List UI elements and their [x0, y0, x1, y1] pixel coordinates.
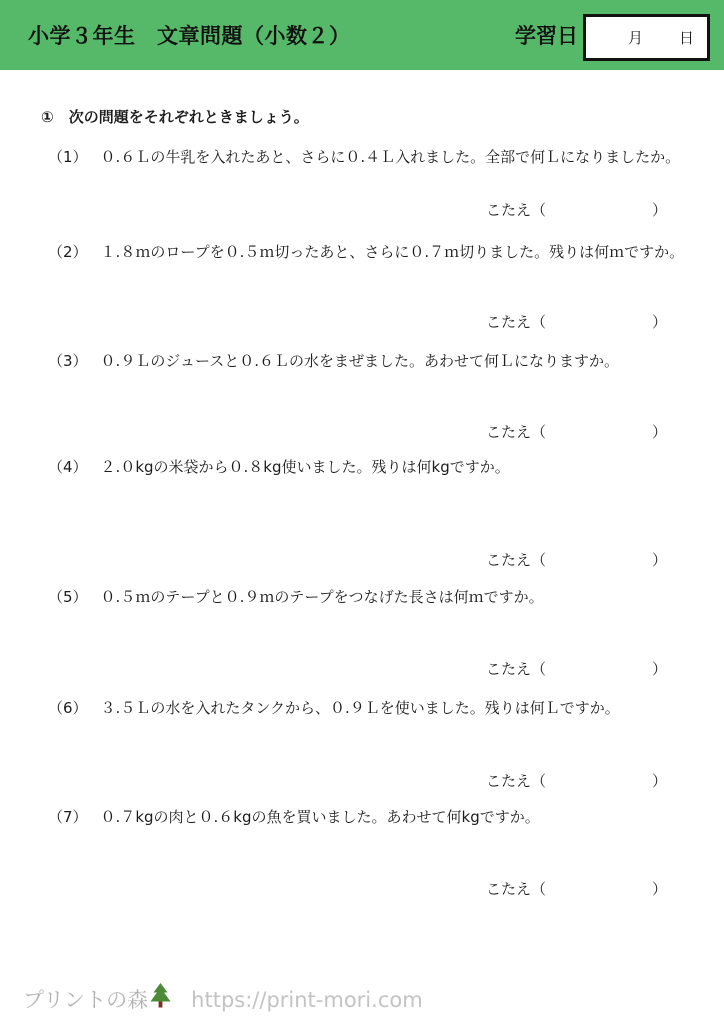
- footer: プリントの森 https://print-mori.com: [23, 983, 423, 1013]
- study-date-box[interactable]: 月 日: [583, 14, 710, 61]
- answer-label: こたえ（: [486, 421, 546, 442]
- answer-label: こたえ（: [486, 878, 546, 899]
- problem-5-number: （5）: [48, 586, 88, 607]
- answer-close-paren: ）: [652, 421, 667, 442]
- problem-3-text: （3） ０.９Ｌのジュースと０.６Ｌの水をまぜました。あわせて何Ｌになりますか。: [48, 350, 619, 371]
- answer-label: こたえ（: [486, 658, 546, 679]
- problem-2-answer-row: こたえ（ ）: [486, 311, 667, 332]
- problem-4-body: ２.０kgの米袋から０.８kg使いました。残りは何kgですか。: [101, 456, 510, 477]
- problem-7-text: （7） ０.７kgの肉と０.６kgの魚を買いました。あわせて何kgですか。: [48, 806, 540, 827]
- problem-1-number: （1）: [48, 146, 88, 167]
- answer-label: こたえ（: [486, 770, 546, 791]
- problem-2-number: （2）: [48, 241, 88, 262]
- site-name: プリントの森: [23, 988, 148, 1013]
- site-url-link[interactable]: https://print-mori.com: [191, 988, 423, 1013]
- problem-3-body: ０.９Ｌのジュースと０.６Ｌの水をまぜました。あわせて何Ｌになりますか。: [101, 350, 620, 371]
- page-title: 小学３年生 文章問題（小数２）: [28, 20, 351, 50]
- problem-1-answer-row: こたえ（ ）: [486, 199, 667, 220]
- answer-close-paren: ）: [652, 770, 667, 791]
- problem-5-body: ０.５ｍのテープと０.９ｍのテープをつなげた長さは何ｍですか。: [101, 586, 544, 607]
- answer-label: こたえ（: [486, 549, 546, 570]
- problem-3-number: （3）: [48, 350, 88, 371]
- problem-6-text: （6） ３.５Ｌの水を入れたタンクから、０.９Ｌを使いました。残りは何Ｌですか。: [48, 697, 620, 718]
- problem-5-text: （5） ０.５ｍのテープと０.９ｍのテープをつなげた長さは何ｍですか。: [48, 586, 544, 607]
- answer-close-paren: ）: [652, 878, 667, 899]
- answer-label: こたえ（: [486, 199, 546, 220]
- problem-4-answer-row: こたえ（ ）: [486, 549, 667, 570]
- problem-6-body: ３.５Ｌの水を入れたタンクから、０.９Ｌを使いました。残りは何Ｌですか。: [101, 697, 620, 718]
- answer-close-paren: ）: [652, 658, 667, 679]
- problem-5-answer-row: こたえ（ ）: [486, 658, 667, 679]
- problem-1-body: ０.６Ｌの牛乳を入れたあと、さらに０.４Ｌ入れました。全部で何Ｌになりましたか。: [101, 146, 681, 167]
- worksheet-page: 小学３年生 文章問題（小数２） 学習日 月 日 ① 次の問題をそれぞれときましょ…: [0, 0, 724, 1024]
- problem-1-text: （1） ０.６Ｌの牛乳を入れたあと、さらに０.４Ｌ入れました。全部で何Ｌになりま…: [48, 146, 680, 167]
- answer-label: こたえ（: [486, 311, 546, 332]
- evergreen-tree-icon: [150, 983, 171, 1012]
- problem-6-answer-row: こたえ（ ）: [486, 770, 667, 791]
- problem-2-body: １.８ｍのロープを０.５ｍ切ったあと、さらに０.７ｍ切りました。残りは何ｍですか…: [101, 241, 685, 262]
- problem-7-number: （7）: [48, 806, 88, 827]
- answer-close-paren: ）: [652, 549, 667, 570]
- answer-close-paren: ）: [652, 199, 667, 220]
- problem-4-text: （4） ２.０kgの米袋から０.８kg使いました。残りは何kgですか。: [48, 456, 510, 477]
- instruction-heading: ① 次の問題をそれぞれときましょう。: [41, 106, 309, 127]
- month-label: 月: [628, 27, 643, 48]
- problem-7-body: ０.７kgの肉と０.６kgの魚を買いました。あわせて何kgですか。: [101, 806, 540, 827]
- problem-6-number: （6）: [48, 697, 88, 718]
- problem-3-answer-row: こたえ（ ）: [486, 421, 667, 442]
- answer-close-paren: ）: [652, 311, 667, 332]
- study-date-label: 学習日: [515, 20, 578, 50]
- problem-7-answer-row: こたえ（ ）: [486, 878, 667, 899]
- problem-4-number: （4）: [48, 456, 88, 477]
- header-bar: 小学３年生 文章問題（小数２） 学習日 月 日: [0, 0, 724, 70]
- problem-2-text: （2） １.８ｍのロープを０.５ｍ切ったあと、さらに０.７ｍ切りました。残りは何…: [48, 241, 684, 262]
- day-label: 日: [679, 27, 694, 48]
